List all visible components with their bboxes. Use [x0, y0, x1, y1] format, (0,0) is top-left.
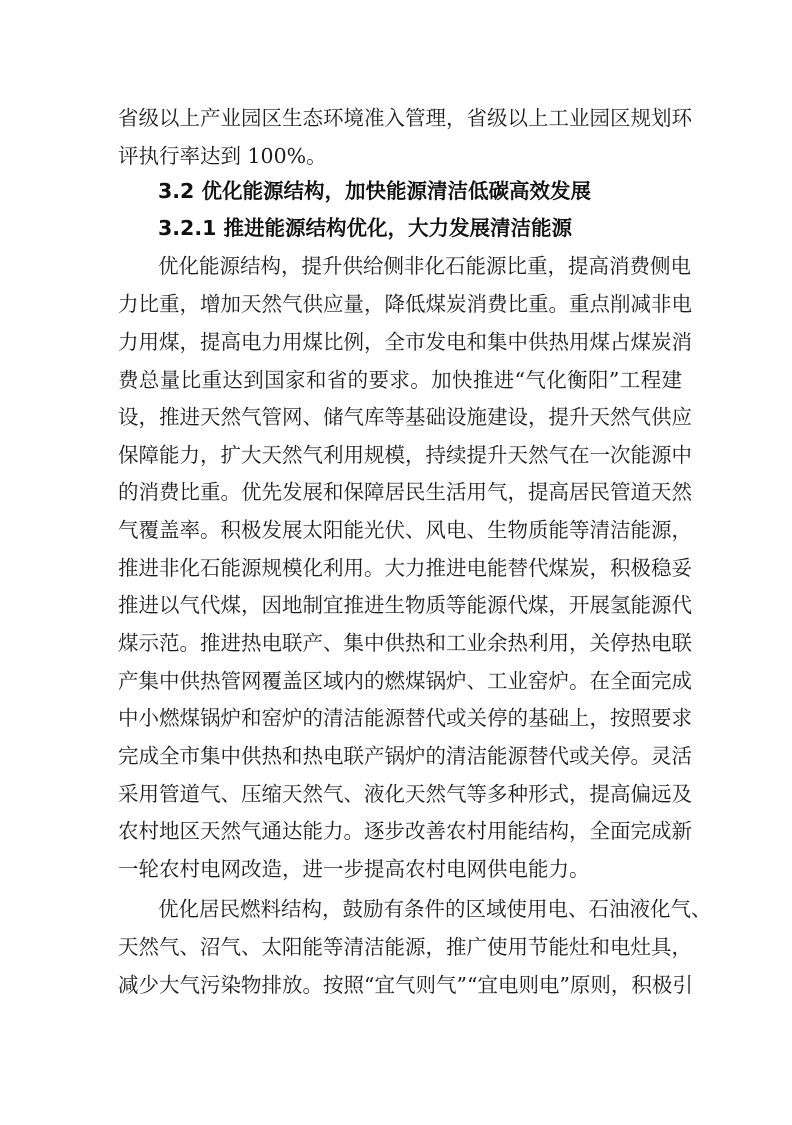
section-heading: 3.2 优化能源结构，加快能源清洁低碳高效发展 — [158, 176, 591, 206]
paragraph-line: 中小燃煤锅炉和窑炉的清洁能源替代或关停的基础上，按照要求 — [118, 703, 682, 733]
paragraph-line: 采用管道气、压缩天然气、液化天然气等多种形式，提高偏远及 — [118, 779, 682, 809]
paragraph-line: 一轮农村电网改造，进一步提高农村电网供电能力。 — [118, 854, 682, 884]
paragraph-line: 煤示范。推进热电联产、集中供热和工业余热利用，关停热电联 — [118, 628, 682, 658]
paragraph-line: 优化能源结构，提升供给侧非化石能源比重，提高消费侧电 — [158, 251, 682, 281]
paragraph-line: 优化居民燃料结构，鼓励有条件的区域使用电、石油液化气、 — [158, 894, 682, 924]
paragraph-line: 力用煤，提高电力用煤比例，全市发电和集中供热用煤占煤炭消 — [118, 327, 682, 357]
paragraph-line: 产集中供热管网覆盖区域内的燃煤锅炉、工业窑炉。在全面完成 — [118, 666, 682, 696]
paragraph-line: 完成全市集中供热和热电联产锅炉的清洁能源替代或关停。灵活 — [118, 741, 682, 771]
intro-line-1: 省级以上产业园区生态环境准入管理，省级以上工业园区规划环 — [118, 103, 682, 133]
paragraph-line: 天然气、沼气、太阳能等清洁能源，推广使用节能灶和电灶具， — [118, 932, 682, 962]
paragraph-line: 设，推进天然气管网、储气库等基础设施建设，提升天然气供应 — [118, 402, 682, 432]
paragraph-line: 费总量比重达到国家和省的要求。加快推进“气化衡阳”工程建 — [118, 365, 682, 395]
intro-line-2: 评执行率达到 100%。 — [118, 141, 682, 171]
subsection-heading: 3.2.1 推进能源结构优化，大力发展清洁能源 — [158, 213, 572, 243]
paragraph-line: 的消费比重。优先发展和保障居民生活用气，提高居民管道天然 — [118, 477, 682, 507]
paragraph-line: 推进以气代煤，因地制宜推进生物质等能源代煤，开展氢能源代 — [118, 590, 682, 620]
document-page: 省级以上产业园区生态环境准入管理，省级以上工业园区规划环 评执行率达到 100%… — [0, 0, 792, 1125]
paragraph-line: 推进非化石能源规模化利用。大力推进电能替代煤炭，积极稳妥 — [118, 553, 682, 583]
paragraph-line: 农村地区天然气通达能力。逐步改善农村用能结构，全面完成新 — [118, 816, 682, 846]
paragraph-line: 气覆盖率。积极发展太阳能光伏、风电、生物质能等清洁能源， — [118, 515, 682, 545]
paragraph-line: 保障能力，扩大天然气利用规模，持续提升天然气在一次能源中 — [118, 440, 682, 470]
paragraph-line: 减少大气污染物排放。按照“宜气则气”“宜电则电”原则，积极引 — [118, 970, 682, 1000]
paragraph-line: 力比重，增加天然气供应量，降低煤炭消费比重。重点削减非电 — [118, 289, 682, 319]
